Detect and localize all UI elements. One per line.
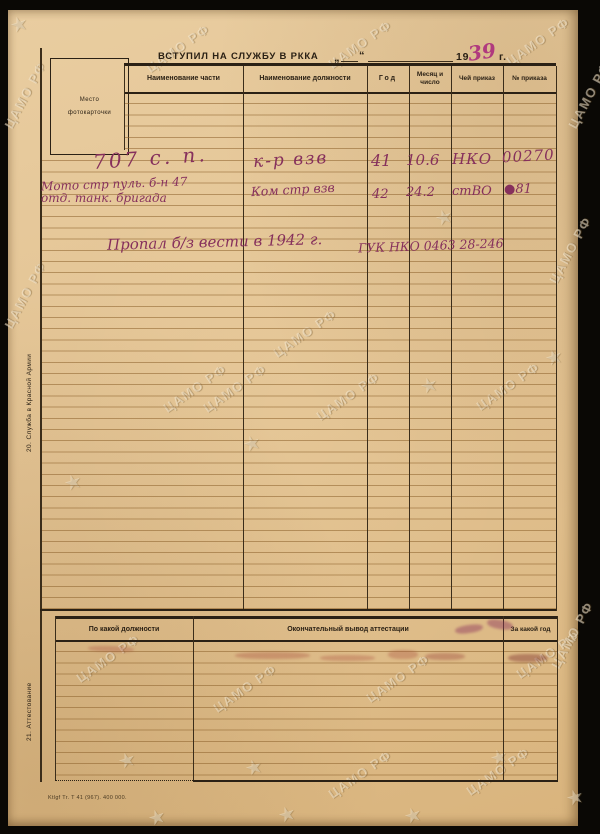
watermark-text: ЦАМО РФ (1, 59, 49, 131)
year-handwritten: 39 (466, 38, 497, 66)
document-scan-paper: ЦАМО РФЦАМО РФЦАМО РФЦАМО РФЦАМО РФЦАМО … (8, 10, 578, 826)
service-col-position: Наименование должности (244, 66, 366, 92)
title-blank-day (341, 61, 358, 62)
photo-box-label-line1: Место (80, 97, 99, 103)
title-year-suffix: г. (499, 51, 507, 63)
photo-box-label-line2: фотокарточки (68, 110, 111, 116)
bleed-mark (388, 650, 418, 659)
handwriting-row1-position: к-р взв (253, 148, 329, 172)
title-blank-month (368, 61, 453, 62)
service-vline-1 (243, 66, 244, 611)
handwriting-row2-year: 42 (372, 187, 389, 202)
star-icon: ★ (401, 801, 426, 830)
watermark-text: ЦАМО РФ (504, 14, 573, 68)
title-close-quote: “ (359, 50, 365, 62)
star-icon: ★ (145, 803, 170, 832)
document-title: ВСТУПИЛ НА СЛУЖБУ В РККА (158, 51, 319, 62)
service-rules-body (40, 150, 556, 611)
attestation-vline-2 (503, 616, 504, 781)
attestation-vline-right (557, 616, 558, 781)
service-vline-left (124, 66, 125, 150)
attestation-rules-body (55, 641, 558, 780)
handwriting-row2-unit-line2: отд. танк. бригада (41, 191, 167, 205)
handwriting-row1-orderno: 00270 (502, 146, 556, 167)
handwriting-row1-year: 41 (371, 151, 391, 170)
star-icon: ★ (563, 783, 588, 812)
imprint: Ktlgf Tr. T 41 (967). 400 000. (48, 795, 127, 801)
bleed-mark (320, 655, 375, 661)
attestation-bottom-dotted (55, 780, 193, 781)
service-vline-4 (451, 66, 452, 611)
attestation-bottom-rule (193, 780, 558, 782)
watermark-text: ЦАМО РФ (565, 59, 600, 131)
service-col-orderno: № приказа (504, 66, 555, 92)
attestation-vline-1 (193, 616, 194, 781)
service-col-orderby: Чей приказ (452, 66, 502, 92)
service-vline-right (556, 66, 557, 611)
bleed-mark (235, 652, 310, 659)
service-col-unit: Наименование части (125, 66, 242, 92)
handwriting-row2-orderby: стВО (452, 184, 492, 199)
section-label-service: 20. Служба в Красной Армии (26, 295, 38, 510)
attestation-col-position: По какой должности (56, 619, 192, 641)
margin-line (40, 48, 42, 782)
handwriting-row1-orderby: НКО (452, 150, 492, 168)
attestation-col-year: За какой год (504, 619, 557, 641)
handwriting-row1-date: 10.6 (406, 151, 439, 169)
bleed-mark (508, 654, 548, 662)
star-icon: ★ (275, 800, 300, 829)
handwriting-row2-orderno: ●81 (504, 182, 532, 197)
service-vline-2 (367, 66, 368, 611)
service-col-date: Месяц и число (410, 66, 450, 92)
attestation-vline-left (55, 616, 56, 781)
handwriting-row2-date: 24.2 (406, 185, 435, 200)
service-rules-upper (125, 93, 556, 150)
star-icon: ★ (7, 10, 32, 39)
service-col-year: Год (368, 66, 408, 92)
bleed-mark (425, 653, 465, 660)
section-label-attestation: 21. Аттестование (26, 642, 38, 782)
photo-box: Место фотокарточки (50, 58, 129, 155)
service-vline-3 (409, 66, 410, 611)
service-table-bottom-rule (40, 609, 556, 611)
